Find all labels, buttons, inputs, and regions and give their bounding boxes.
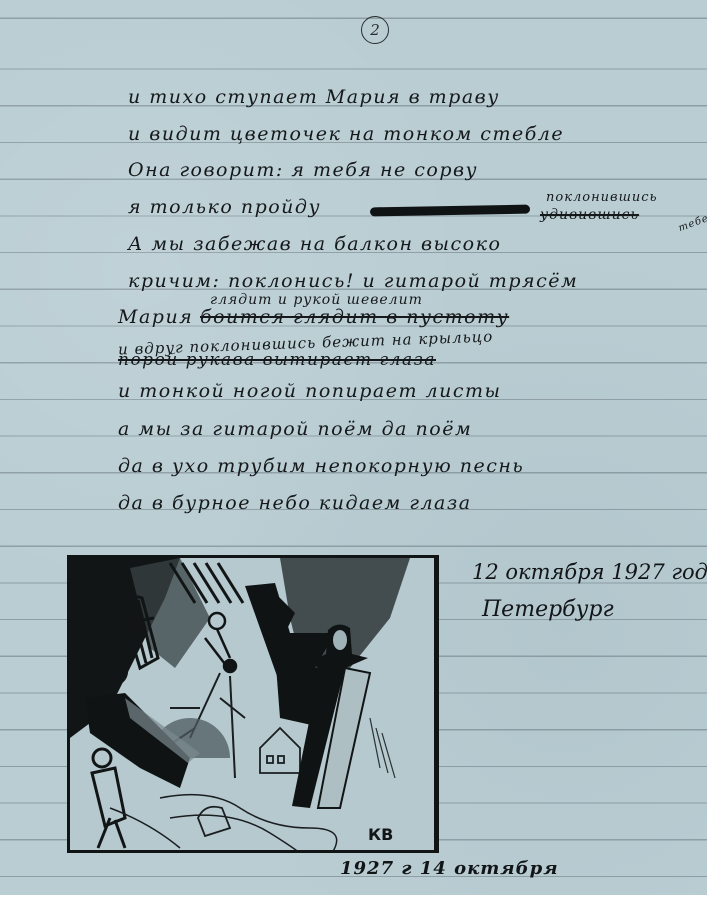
ink-drawing: КВ	[67, 555, 439, 853]
poem-line-7: Мария	[118, 306, 193, 328]
drawing-illustration: КВ	[70, 558, 439, 853]
poem-line-7-struck: боится глядит в пустоту	[200, 306, 509, 328]
poem-line-2: и видит цветочек на тонком стебле	[128, 123, 564, 145]
poem-line-1: и тихо ступает Мария в траву	[128, 86, 500, 108]
poem-line-11: а мы за гитарой поём да поём	[118, 418, 472, 440]
artist-monogram: КВ	[368, 825, 393, 844]
poem-line-12: да в ухо трубим непокорную песнь	[118, 455, 524, 477]
poem-line-5: А мы забежав на балкон высоко	[128, 233, 501, 255]
poem-line-4: я только пройду	[128, 196, 321, 218]
poem-line-6: кричим: поклонись! и гитарой трясём	[128, 270, 578, 292]
struck-word-line-4: удивившись	[540, 207, 639, 223]
ink-blot-struck-word	[370, 205, 530, 217]
insertion-above-line-4: поклонившись	[546, 190, 658, 205]
signature-place: Петербург	[482, 597, 614, 622]
manuscript-page: 2 и тихо ступает Мария в траву и видит ц…	[0, 0, 707, 895]
margin-word-line-4: тебе	[677, 213, 710, 234]
page-number-circle: 2	[361, 16, 389, 44]
poem-line-10: и тонкой ногой попирает листы	[118, 380, 502, 402]
poem-line-9-struck: порой рукава вытирает глаза	[118, 350, 436, 370]
poem-line-13: да в бурное небо кидаем глаза	[118, 492, 472, 514]
poem-line-3: Она говорит: я тебя не сорву	[128, 159, 478, 181]
signature-date: 12 октября 1927 год	[472, 560, 708, 584]
bottom-date-note: 1927 г 14 октября	[340, 858, 559, 879]
